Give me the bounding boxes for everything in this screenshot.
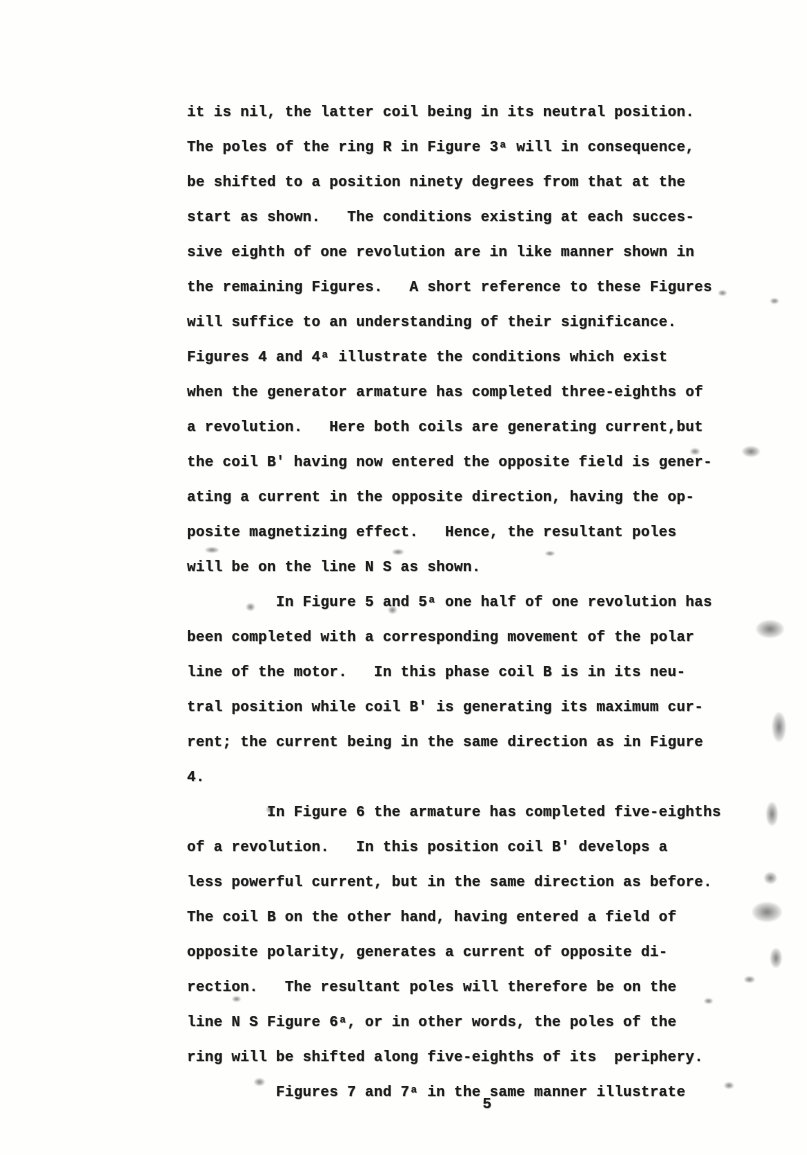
text-line: posite magnetizing effect. Hence, the re…	[187, 516, 787, 551]
text-line: 4.	[187, 761, 787, 796]
text-line: sive eighth of one revolution are in lik…	[187, 236, 787, 271]
ink-smudge	[266, 806, 274, 813]
text-line: will be on the line N S as shown.	[187, 551, 787, 586]
document-page: it is nil, the latter coil being in its …	[0, 0, 807, 1155]
text-line: start as shown. The conditions existing …	[187, 201, 787, 236]
text-line: The poles of the ring R in Figure 3ᵃ wil…	[187, 131, 787, 166]
ink-smudge	[704, 998, 713, 1004]
text-line: been completed with a corresponding move…	[187, 621, 787, 656]
text-line: opposite polarity, generates a current o…	[187, 936, 787, 971]
text-line: The coil B on the other hand, having ent…	[187, 901, 787, 936]
text-line: rection. The resultant poles will theref…	[187, 971, 787, 1006]
text-line: a revolution. Here both coils are genera…	[187, 411, 787, 446]
text-block: it is nil, the latter coil being in its …	[187, 96, 787, 1111]
ink-smudge	[718, 290, 727, 296]
text-line: of a revolution. In this position coil B…	[187, 831, 787, 866]
text-line: when the generator armature has complete…	[187, 376, 787, 411]
text-line: line N S Figure 6ᵃ, or in other words, t…	[187, 1006, 787, 1041]
ink-smudge	[205, 547, 219, 553]
ink-smudge	[770, 948, 782, 968]
ink-smudge	[246, 603, 255, 611]
text-line: the remaining Figures. A short reference…	[187, 271, 787, 306]
text-line: ating a current in the opposite directio…	[187, 481, 787, 516]
ink-smudge	[254, 1078, 265, 1086]
text-line: will suffice to an understanding of thei…	[187, 306, 787, 341]
ink-smudge	[388, 606, 397, 614]
text-line: Figures 4 and 4ᵃ illustrate the conditio…	[187, 341, 787, 376]
ink-smudge	[770, 298, 779, 304]
ink-smudge	[744, 976, 755, 983]
ink-smudge	[724, 1082, 734, 1089]
ink-smudge	[756, 620, 784, 638]
text-line: rent; the current being in the same dire…	[187, 726, 787, 761]
ink-smudge	[690, 448, 700, 455]
text-line: ring will be shifted along five-eighths …	[187, 1041, 787, 1076]
ink-smudge	[545, 551, 555, 556]
text-line: In Figure 6 the armature has completed f…	[187, 796, 787, 831]
page-number: 5	[462, 1096, 512, 1113]
text-line: less powerful current, but in the same d…	[187, 866, 787, 901]
text-line: line of the motor. In this phase coil B …	[187, 656, 787, 691]
ink-smudge	[742, 446, 760, 457]
ink-smudge	[392, 549, 404, 555]
text-line: In Figure 5 and 5ᵃ one half of one revol…	[187, 586, 787, 621]
text-line: be shifted to a position ninety degrees …	[187, 166, 787, 201]
ink-smudge	[752, 902, 782, 922]
ink-smudge	[764, 872, 777, 884]
text-line: tral position while coil B' is generatin…	[187, 691, 787, 726]
text-line: it is nil, the latter coil being in its …	[187, 96, 787, 131]
ink-smudge	[772, 712, 786, 742]
ink-smudge	[766, 802, 778, 826]
ink-smudge	[232, 996, 241, 1002]
